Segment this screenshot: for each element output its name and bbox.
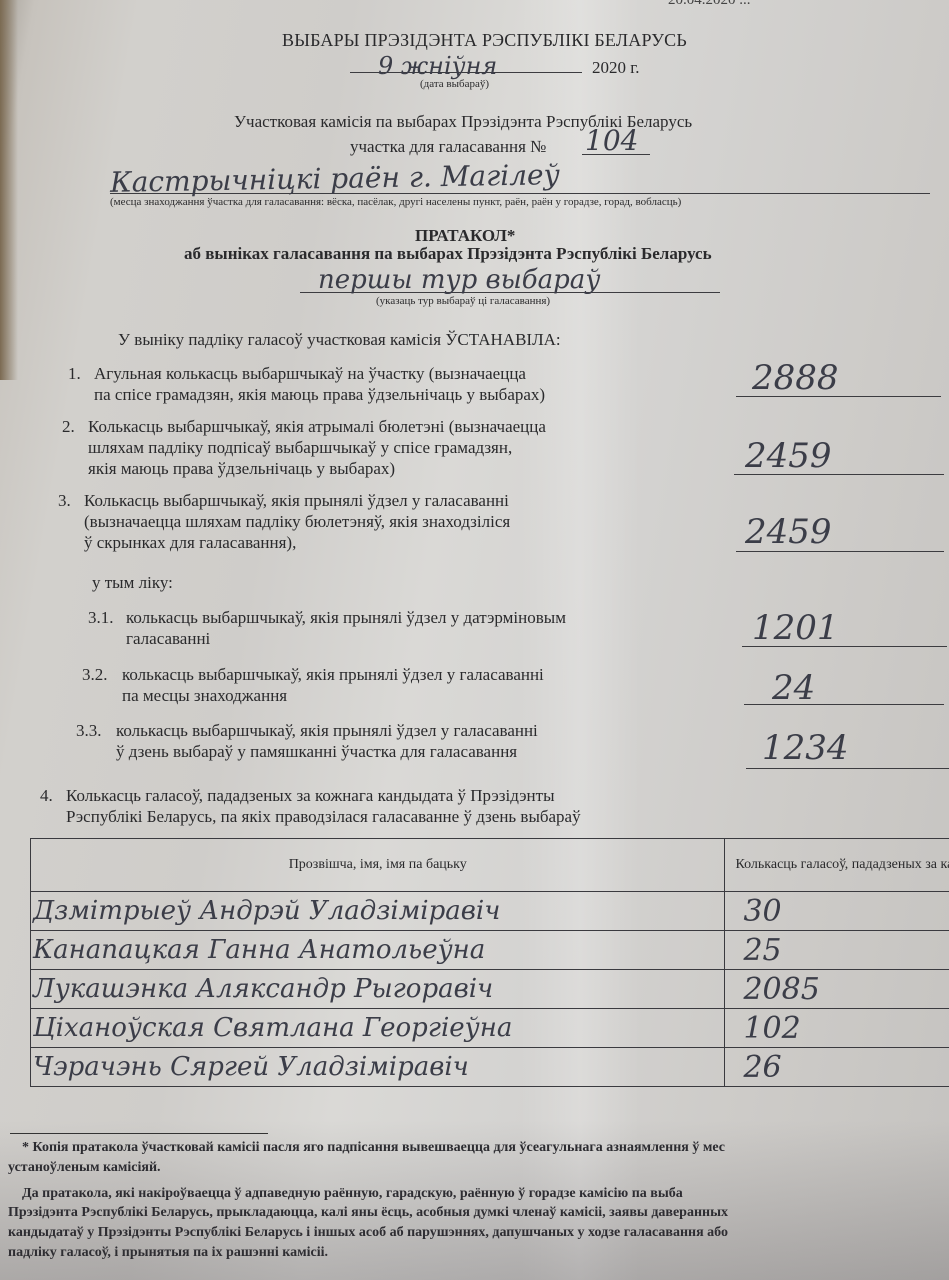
candidate-name: Дзмітрыеў Андрэй Уладзіміравіч: [31, 892, 725, 931]
item-number: 3.: [58, 490, 84, 511]
footnote-2-line4: падліку галасоў, і прынятыя па іх рашэнн…: [8, 1245, 328, 1261]
item-2-value: 2459: [745, 436, 832, 476]
item-text-line: ў дзень выбараў у памяшканні ўчастка для…: [116, 742, 517, 761]
precinct-label: участка для галасавання №: [350, 137, 546, 157]
item-number: 3.1.: [88, 607, 126, 628]
round-caption: (указаць тур выбараў ці галасавання): [376, 295, 550, 307]
item-text-line: шляхам падліку подпісаў выбаршчыкаў у сп…: [88, 438, 512, 457]
item-text-line: Колькасць выбаршчыкаў, якія прынялі ўдзе…: [84, 491, 509, 510]
item-text-line: якія маюць права ўдзельнічаць у выбарах): [88, 459, 395, 478]
item-text-line: ў скрынках для галасавання),: [84, 533, 296, 552]
item-text-line: колькасць выбаршчыкаў, якія прынялі ўдзе…: [116, 721, 538, 740]
item-text-line: па месцы знаходжання: [122, 686, 287, 705]
item-text-line: галасаванні: [126, 629, 210, 648]
including-label: у тым ліку:: [92, 572, 173, 593]
location-caption: (месца знаходжання ўчастка для галасаван…: [110, 196, 681, 208]
item-text-line: па спісе грамадзян, якія маюць права ўдз…: [94, 385, 545, 404]
header-full-name: Прозвішча, імя, імя па бацьку: [31, 839, 725, 892]
item-text-line: Колькасць выбаршчыкаў, якія атрымалі бюл…: [88, 417, 546, 436]
table-row: Ціханоўская Святлана Георгіеўна 102: [31, 1009, 949, 1048]
item-4: 4.Колькасць галасоў, пададзеных за кожна…: [40, 785, 581, 827]
table-header-row: Прозвішча, імя, імя па бацьку Колькасць …: [31, 839, 949, 892]
footnote-1-cont: устаноўленым камісіяй.: [8, 1160, 161, 1176]
protocol-subtitle: аб выніках галасавання па выбарах Прэзід…: [184, 244, 712, 264]
item-text-line: Агульная колькасць выбаршчыкаў на ўчастк…: [94, 364, 526, 383]
table-row: Лукашэнка Аляксандр Рыгоравіч 2085: [31, 970, 949, 1009]
precinct-number: 104: [585, 124, 638, 157]
item-number: 2.: [62, 416, 88, 437]
candidate-votes: 25: [725, 931, 949, 970]
election-date-handwritten: 9 жніўня: [378, 52, 497, 80]
protocol-title: ПРАТАКОЛ*: [415, 226, 515, 246]
item-3-3-underline: [746, 768, 949, 769]
candidate-votes: 26: [725, 1048, 949, 1087]
footnote-rule: [10, 1133, 268, 1134]
table-row: Чэрачэнь Сяргей Уладзіміравіч 26: [31, 1048, 949, 1087]
candidate-votes: 2085: [725, 970, 949, 1009]
item-number: 3.2.: [82, 664, 122, 685]
item-3-3-value: 1234: [762, 728, 849, 768]
item-1-value: 2888: [752, 358, 839, 398]
election-year: 2020 г.: [592, 58, 640, 78]
item-3-value: 2459: [745, 512, 832, 552]
footnote-2-line3: кандыдатаў у Прэзідэнты Рэспублікі Белар…: [8, 1225, 728, 1241]
table-row: Дзмітрыеў Андрэй Уладзіміравіч 30: [31, 892, 949, 931]
photo-edge-shadow: [0, 0, 18, 380]
footnote-2: Да пратакола, які накіроўваецца ў адпаве…: [8, 1186, 683, 1202]
item-number: 3.3.: [76, 720, 116, 741]
candidate-name: Канапацкая Ганна Анатольеўна: [31, 931, 725, 970]
item-2: 2.Колькасць выбаршчыкаў, якія атрымалі б…: [62, 416, 546, 479]
item-number: 4.: [40, 785, 66, 806]
item-3-1-value: 1201: [752, 608, 839, 648]
candidates-table: Прозвішча, імя, імя па бацьку Колькасць …: [30, 838, 949, 1087]
item-3: 3.Колькасць выбаршчыкаў, якія прынялі ўд…: [58, 490, 510, 553]
item-text-line: Рэспублікі Беларусь, па якіх праводзілас…: [66, 807, 581, 826]
candidate-votes: 102: [725, 1009, 949, 1048]
item-3-1: 3.1.колькасць выбаршчыкаў, якія прынялі …: [88, 607, 566, 649]
candidate-name: Лукашэнка Аляксандр Рыгоравіч: [31, 970, 725, 1009]
table-row: Канапацкая Ганна Анатольеўна 25: [31, 931, 949, 970]
candidate-name: Ціханоўская Святлана Георгіеўна: [31, 1009, 725, 1048]
corner-stamp: 20.04.2020 ...: [668, 0, 751, 9]
election-title: ВЫБАРЫ ПРЭЗІДЭНТА РЭСПУБЛІКІ БЕЛАРУСЬ: [282, 30, 687, 51]
footnote-2-line2: Прэзідэнта Рэспублікі Беларусь, прыклада…: [8, 1205, 728, 1221]
item-3-3: 3.3.колькасць выбаршчыкаў, якія прынялі …: [76, 720, 538, 762]
item-text-line: колькасць выбаршчыкаў, якія прынялі ўдзе…: [126, 608, 566, 627]
item-3-2: 3.2.колькасць выбаршчыкаў, якія прынялі …: [82, 664, 544, 706]
header-vote-count: Колькасць галасоў, пададзеных за кандыда…: [725, 839, 949, 892]
date-caption: (дата выбараў): [420, 78, 489, 90]
item-text-line: (вызначаецца шляхам падліку бюлетэняў, я…: [84, 512, 510, 531]
footnote-1: * Копія пратакола ўчастковай камісіі пас…: [8, 1140, 725, 1156]
item-text-line: колькасць выбаршчыкаў, якія прынялі ўдзе…: [122, 665, 544, 684]
item-number: 1.: [68, 363, 94, 384]
item-3-2-value: 24: [772, 668, 815, 708]
round-handwritten: першы тур выбараў: [318, 265, 600, 295]
candidate-name: Чэрачэнь Сяргей Уладзіміравіч: [31, 1048, 725, 1087]
established-line: У выніку падліку галасоў участковая камі…: [118, 330, 561, 350]
item-1: 1.Агульная колькасць выбаршчыкаў на ўчас…: [68, 363, 545, 405]
item-text-line: Колькасць галасоў, пададзеных за кожнага…: [66, 786, 555, 805]
candidate-votes: 30: [725, 892, 949, 931]
